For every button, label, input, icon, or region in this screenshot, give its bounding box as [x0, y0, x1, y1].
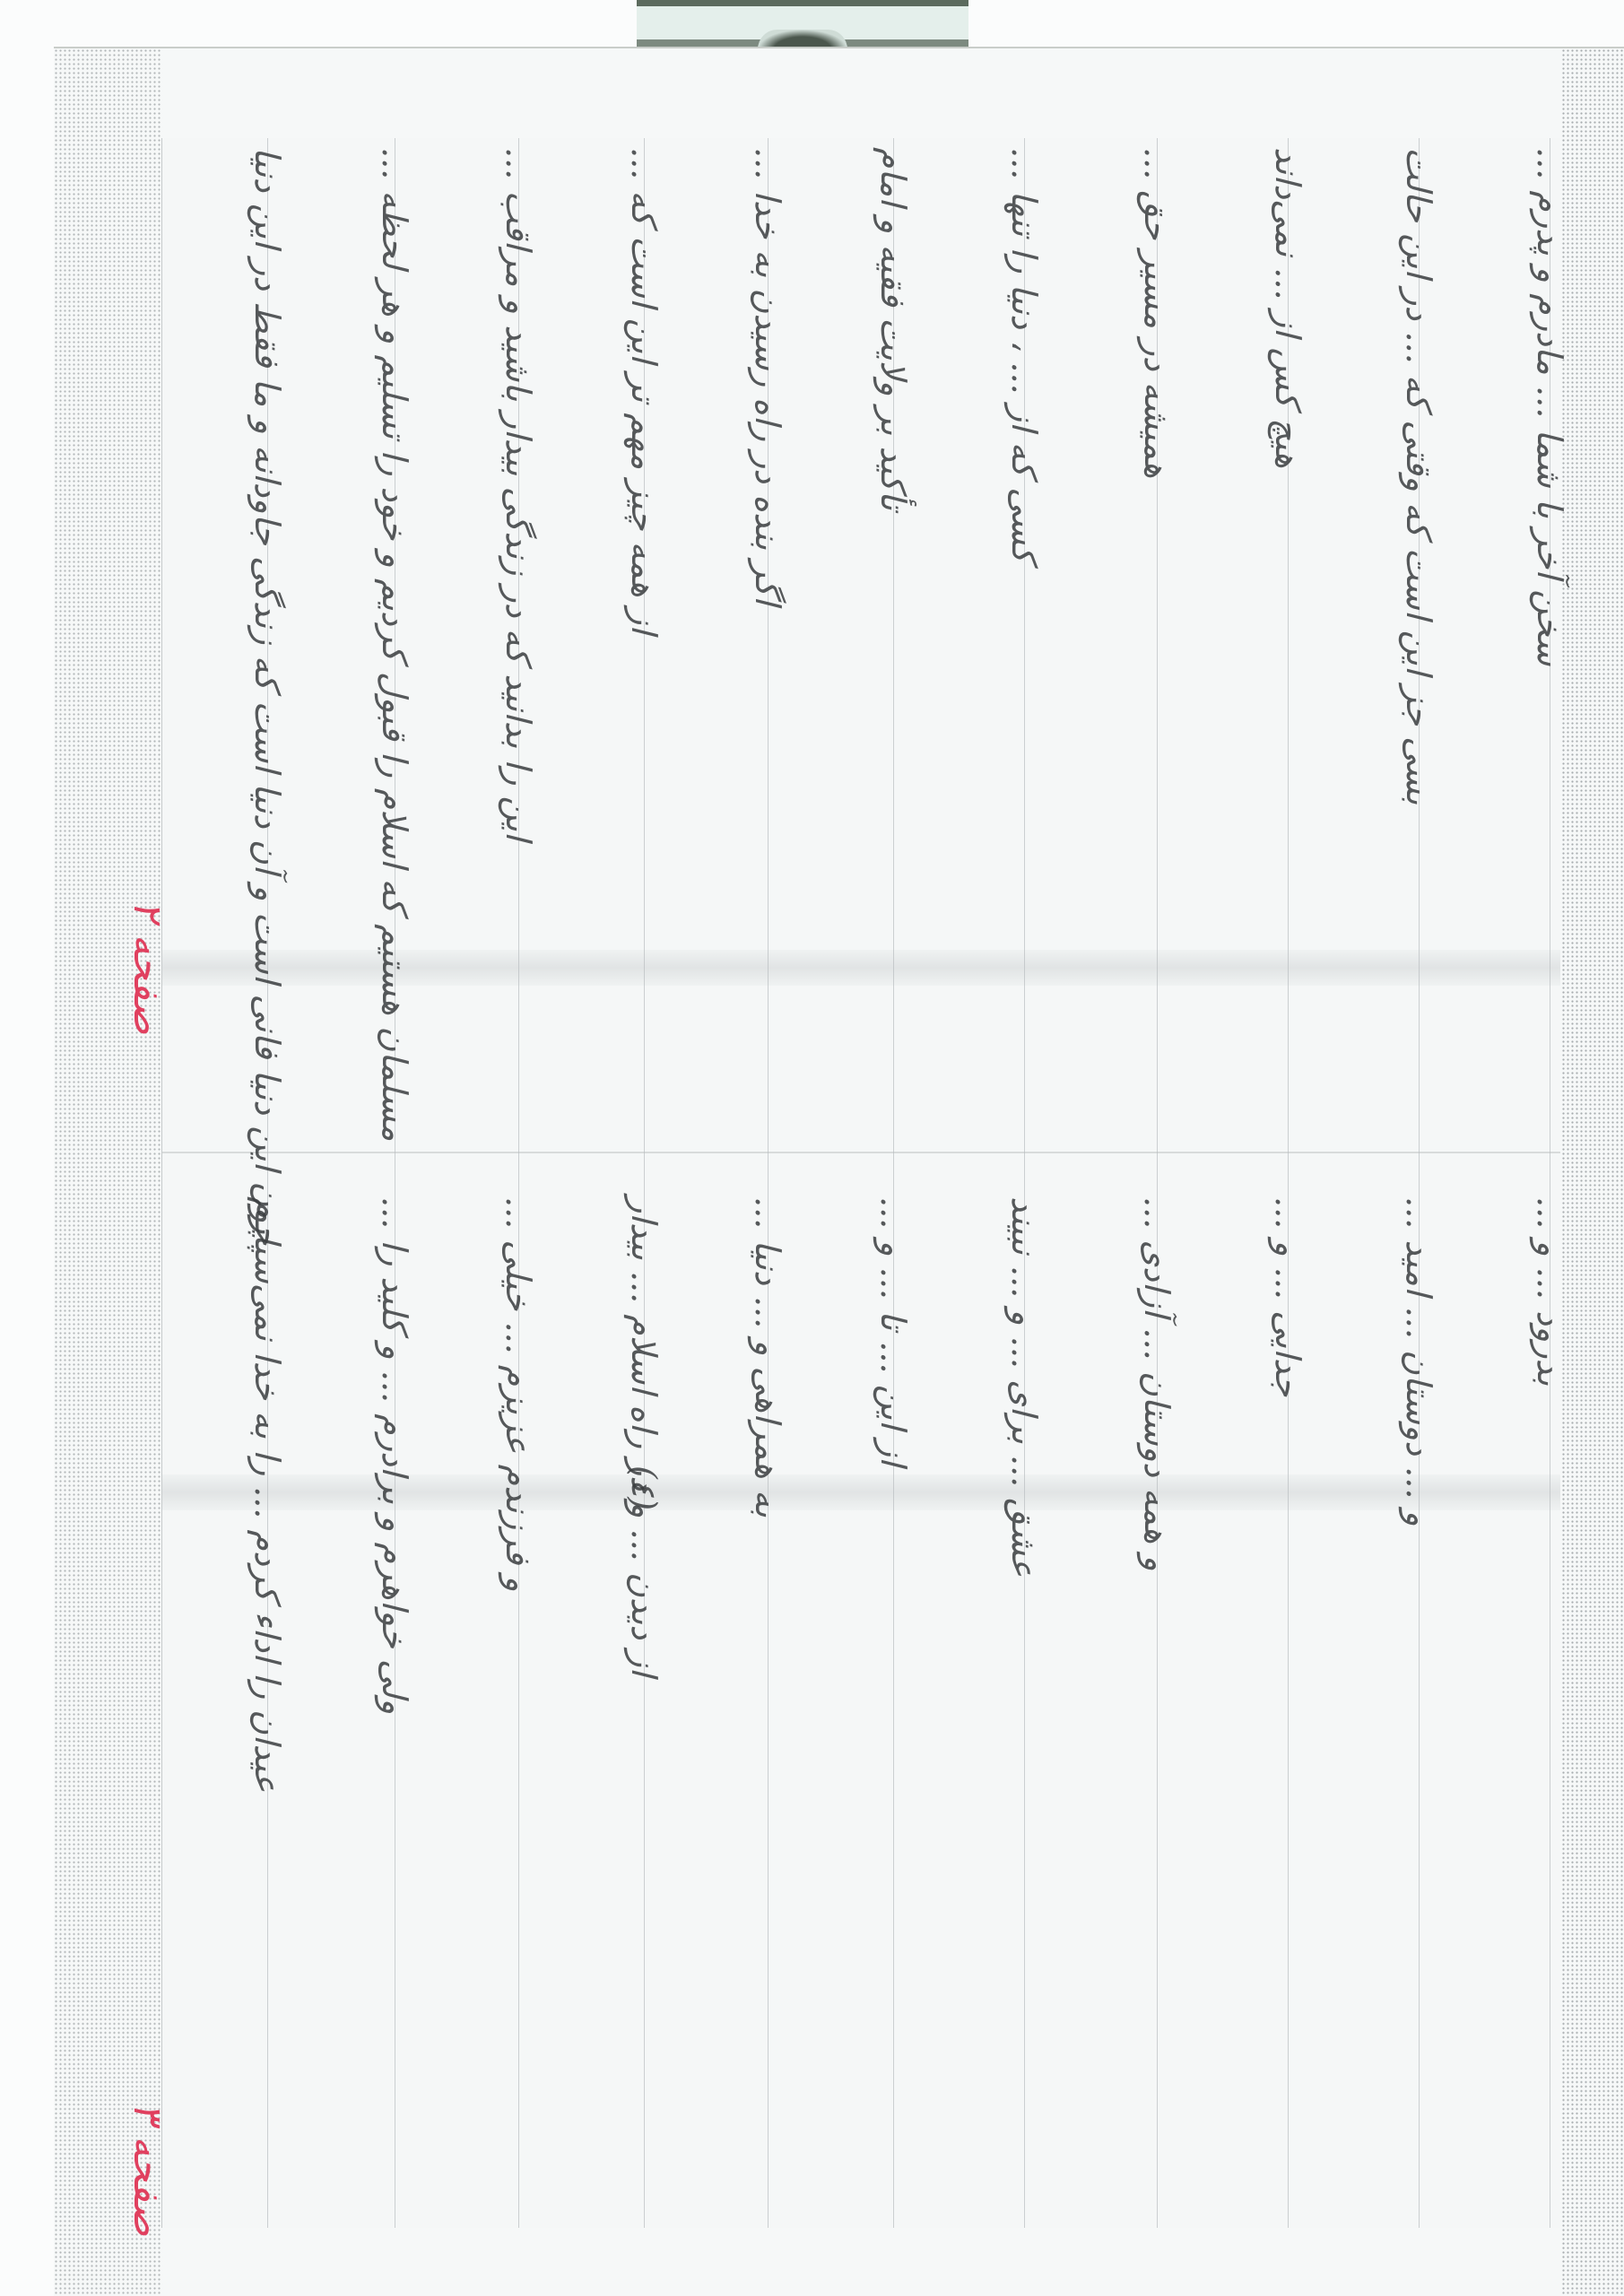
handwritten-line: عشق ... برای ... و ... نبیند [1004, 1196, 1044, 1578]
annotation-number: (٤) [624, 1465, 664, 1510]
handwritten-line: از همه چیز مهم تر این است که ... [624, 147, 664, 634]
handwritten-line: سخن آخر با شما ... مادرم و پدرم ... [1530, 147, 1569, 665]
page-label-bottom: صفحه ۳ [125, 2102, 170, 2236]
handwritten-line: از دیدن ... و در راه اسلام ... بیدار [624, 1196, 664, 1676]
handwritten-line: این را بدانید که در زندگی بیدار باشید و … [499, 147, 538, 840]
halftone-border-right [1561, 48, 1624, 2296]
halftone-border-left [54, 48, 161, 2296]
handwritten-line: کسی که از ... ، دنیا را تنها ... [1004, 147, 1044, 562]
handwritten-line: و ... دوستان ... امید ... [1399, 1196, 1438, 1526]
handwritten-line: و فرزندم عزیزم ... خیلی ... [499, 1196, 538, 1592]
handwritten-line: بدرود ... و ... [1530, 1196, 1569, 1386]
handwritten-line: اگر بنده در راه رسیدن به خدا ... [748, 147, 787, 605]
handwritten-line: هیچ کس از ... نمی‌داند [1268, 147, 1307, 468]
fold-line [161, 950, 1560, 986]
scanned-page: چون این دنیا فانی است و آن دنیا است که ز… [54, 47, 1624, 2296]
handwritten-line: عیدان را اداء کردم ... را به خدا نمی‌سپا… [248, 1196, 287, 1793]
lined-sheet: چون این دنیا فانی است و آن دنیا است که ز… [161, 138, 1560, 2228]
handwritten-line: و همه دوستان ... آزادی ... [1137, 1196, 1177, 1571]
handwritten-line: همیشه در مسیر حق ... [1137, 147, 1177, 478]
page-divider [161, 1152, 1560, 1153]
handwritten-line: ولی خواهرم و برادرم ... و کلید را ... [375, 1196, 414, 1715]
handwritten-line: تأکید بر ولایت فقیه و امام [873, 147, 913, 510]
scanner-clip [637, 0, 968, 47]
handwritten-line: چون این دنیا فانی است و آن دنیا است که ز… [248, 147, 287, 1245]
handwritten-line: بسی جز این است که وقتی که ... در این حال… [1399, 147, 1438, 804]
handwritten-line: از این ... تا ... و ... [873, 1196, 913, 1466]
handwritten-line: جدایی ... و ... [1268, 1196, 1307, 1396]
handwritten-line: مسلمان هستیم که اسلام را قبول کردیم و خو… [375, 147, 414, 1142]
handwritten-line: به همراهی و ... دنیا ... [748, 1196, 787, 1518]
fold-line [161, 1474, 1560, 1510]
margin-rule [161, 138, 162, 2228]
page-label-top: صفحه ۲ [125, 900, 170, 1034]
